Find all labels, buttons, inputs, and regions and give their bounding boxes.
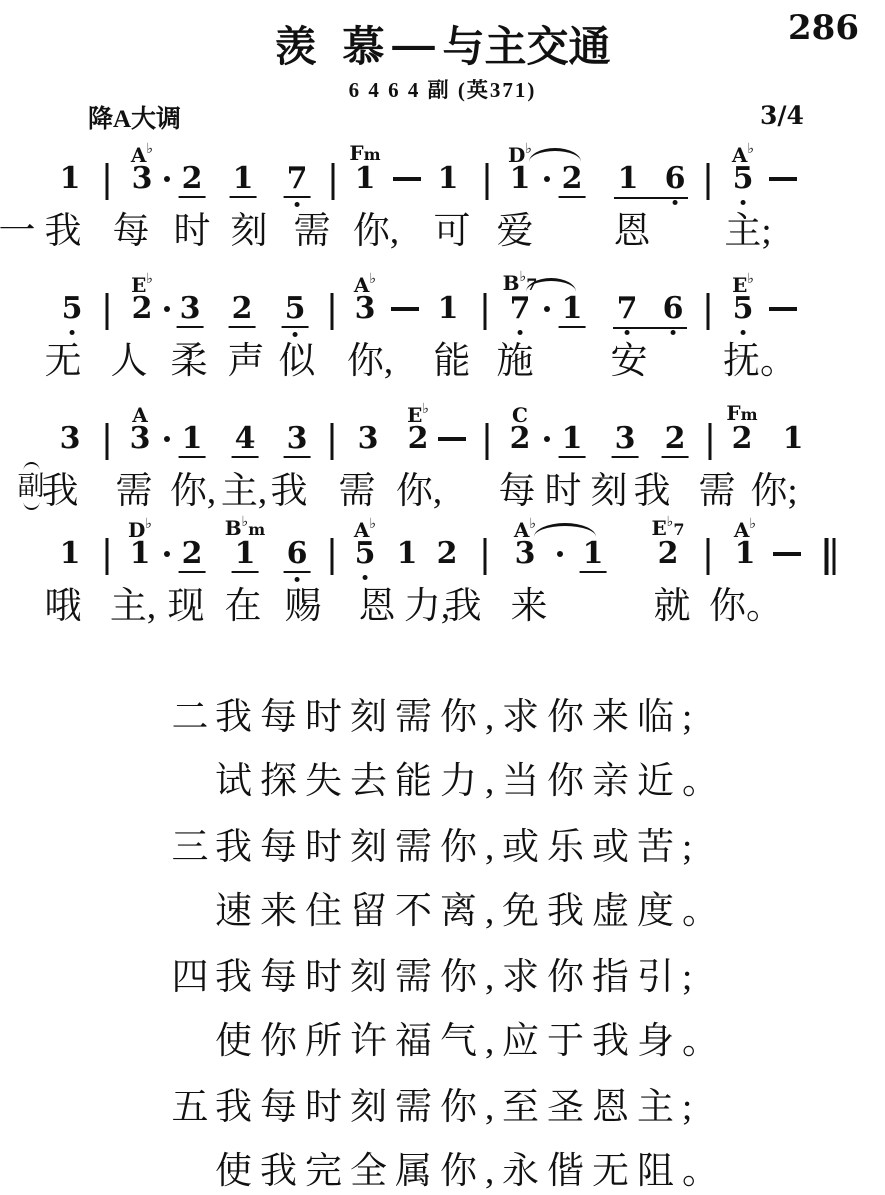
verse-number: 五: [172, 1087, 209, 1129]
augmentation-dot: [544, 306, 550, 312]
verse-number: 二: [172, 697, 209, 739]
title-category-char2: 慕: [342, 14, 384, 74]
lyric-syllable: 你,: [170, 472, 216, 512]
lyric-syllable: 我: [42, 472, 79, 512]
sustain-dash: [438, 437, 466, 441]
note: E♭5: [730, 292, 757, 335]
music-system: 5E♭2325A♭31B♭77176E♭5无人柔声似你,能施安抚。: [0, 266, 885, 396]
chord-label: E♭7: [652, 512, 685, 540]
music-system: 1A♭3217Fm11D♭1216A♭5一我每时刻需你,可爱恩主;: [0, 136, 885, 266]
lyric-syllable: 我: [634, 472, 671, 512]
note: 2: [179, 537, 206, 573]
slur-arc: [534, 523, 596, 537]
note: 3: [284, 422, 311, 458]
title-category-char1: 羡: [274, 14, 316, 74]
low-octave-dot: [293, 332, 298, 337]
note-digit: 2: [129, 292, 156, 326]
key-signature: 降A大调: [88, 99, 181, 135]
lyric-syllable: 时: [174, 212, 211, 252]
note: 3: [355, 422, 382, 456]
lyric-syllable: 需: [116, 472, 153, 512]
lyric-syllable: 需: [339, 472, 376, 512]
note-digit: 1: [127, 537, 154, 571]
note-digit: 1: [559, 422, 586, 458]
barline: [106, 293, 109, 330]
lyric-syllable: 赐: [285, 587, 322, 627]
sustain-dash: [391, 307, 419, 311]
note-digit: 2: [507, 422, 534, 456]
lyric-syllable: 我: [45, 212, 82, 252]
note-digit: 1: [780, 422, 807, 456]
note-digit: 1: [394, 537, 421, 571]
lyric-syllable: 现: [168, 587, 205, 627]
note-digit: 5: [282, 292, 309, 328]
lyric-syllable: 每: [499, 472, 536, 512]
barline: [707, 163, 710, 200]
note: 3: [177, 292, 204, 328]
chord-label: D♭: [128, 514, 152, 540]
refrain-char: 副: [18, 470, 45, 502]
low-octave-dot: [363, 575, 368, 580]
note: A♭3: [512, 537, 539, 571]
hymn-sheet-page: 286 羡 慕 — 与主交通 6 4 6 4 副 (英371) 降A大调 3/4…: [0, 0, 885, 1195]
chord-label: A♭: [354, 269, 376, 295]
barline: [331, 423, 334, 460]
note: 1: [57, 162, 84, 196]
lyric-syllable: 主,: [221, 472, 267, 512]
note: 2: [662, 422, 689, 458]
note-digit: 7: [614, 292, 641, 326]
note: A♭5: [352, 537, 379, 580]
lyric-syllable: 无: [45, 342, 82, 382]
note-digit: 6: [284, 537, 311, 573]
note: 2: [229, 292, 256, 328]
note: B♭m1: [232, 537, 259, 573]
verse-line: 三我每时刻需你,或乐或苦;: [0, 827, 885, 877]
note-digit: 3: [127, 422, 154, 456]
note-digit: 3: [512, 537, 539, 571]
lyric-syllable: 抚。: [723, 342, 797, 382]
note: 1: [179, 422, 206, 458]
chord-label: C: [512, 405, 528, 425]
note-digit: 2: [434, 537, 461, 571]
lyric-syllable: 你。: [709, 587, 783, 627]
barline: [484, 538, 487, 575]
sustain-dash: [393, 177, 421, 181]
note: 4: [232, 422, 259, 458]
augmentation-dot: [164, 551, 170, 557]
augmentation-dot: [544, 436, 550, 442]
lyric-syllable: 哦: [45, 587, 82, 627]
verse-line: 四我每时刻需你,求你指引;: [0, 957, 885, 1007]
augmentation-dot: [164, 176, 170, 182]
title-dash: —: [393, 10, 435, 77]
verse-line: 使你所许福气,应于我身。: [0, 1021, 885, 1071]
verse-text-left: 我每时刻需你,: [215, 1087, 502, 1129]
note-digit: 1: [615, 162, 642, 196]
note: 1: [559, 292, 586, 328]
bracket-top: [23, 462, 39, 470]
verse-text-right: 永偕无阻。: [502, 1151, 727, 1193]
verse-text-right: 免我虚度。: [502, 891, 727, 933]
note: 7: [284, 162, 311, 207]
hymn-title: 羡 慕 — 与主交通: [0, 14, 885, 74]
slur-arc: [529, 148, 581, 162]
note: C2: [507, 422, 534, 456]
note-digit: 3: [177, 292, 204, 328]
lyric-syllable: 似: [279, 342, 316, 382]
title-section: 与主交通: [443, 14, 611, 74]
note-digit: 1: [580, 537, 607, 573]
note-digit: 2: [179, 162, 206, 198]
chord-label: E♭: [407, 399, 429, 425]
note: 1: [230, 162, 257, 198]
note: 1: [435, 292, 462, 326]
chord-label: A: [132, 405, 148, 425]
note-digit: 1: [232, 537, 259, 573]
augmentation-dot: [544, 176, 550, 182]
verse-number: 四: [172, 957, 209, 999]
lyric-syllable: 人: [111, 342, 148, 382]
note: 6: [284, 537, 311, 582]
chord-label: Fm: [349, 143, 380, 165]
note: 1: [580, 537, 607, 573]
verse-number: 三: [172, 827, 209, 869]
verse-text-left: 我每时刻需你,: [215, 827, 502, 869]
lyric-syllable: 可: [434, 212, 471, 252]
note-digit: 2: [662, 422, 689, 458]
note-digit: 7: [284, 162, 311, 198]
shared-underline: [614, 197, 688, 200]
note-digit: 1: [507, 162, 534, 196]
refrain-marker: 副: [18, 462, 45, 510]
verse-text-right: 求你来临;: [502, 697, 700, 739]
note-digit: 2: [179, 537, 206, 573]
note-digit: 3: [284, 422, 311, 458]
barline: [331, 293, 334, 330]
lyric-syllable: 你,: [396, 472, 442, 512]
lyric-syllable: 爱: [497, 212, 534, 252]
lyric-syllable: 在: [225, 587, 262, 627]
note-digit: 1: [559, 292, 586, 328]
lyric-syllable: 力,: [404, 587, 450, 627]
lyric-syllable: 就: [654, 587, 691, 627]
lyric-syllable: 你;: [750, 472, 797, 512]
note: 5: [59, 292, 86, 335]
note-digit: 3: [57, 422, 84, 456]
verse-line: 试探失去能力,当你亲近。: [0, 761, 885, 811]
low-octave-dot: [518, 330, 523, 335]
final-barline: [825, 538, 836, 575]
note: D♭1: [127, 537, 154, 571]
verse-text-right: 至圣恩主;: [502, 1087, 700, 1129]
note: E♭72: [655, 537, 682, 571]
note: A♭1: [732, 537, 759, 571]
note-digit: 1: [57, 537, 84, 571]
time-signature: 3/4: [760, 101, 804, 130]
barline: [331, 538, 334, 575]
verse-line: 速来住留不离,免我虚度。: [0, 891, 885, 941]
augmentation-dot: [557, 551, 563, 557]
lyric-syllable: 需: [699, 472, 736, 512]
chord-label: A♭: [514, 514, 536, 540]
lyric-syllable: 一: [0, 212, 36, 252]
lyric-syllable: 恩: [614, 212, 651, 252]
verse-text-left: 使我完全属你,: [215, 1151, 502, 1193]
note-digit: 2: [655, 537, 682, 571]
shared-underline: [613, 327, 687, 330]
lyric-syllable: 施: [497, 342, 534, 382]
note: 5: [282, 292, 309, 337]
low-octave-dot: [741, 330, 746, 335]
note: 2: [179, 162, 206, 198]
note: A♭3: [129, 162, 156, 196]
sustain-dash: [773, 552, 801, 556]
note-digit: 1: [435, 162, 462, 196]
note-digit: 1: [57, 162, 84, 196]
verse-text-left: 我每时刻需你,: [215, 697, 502, 739]
note: E♭2: [405, 422, 432, 456]
note-digit: 1: [179, 422, 206, 458]
low-octave-dot: [671, 330, 676, 335]
note: 1: [780, 422, 807, 456]
note-digit: 6: [662, 162, 689, 196]
lyric-syllable: 你,: [353, 212, 399, 252]
note-digit: 5: [352, 537, 379, 571]
barline: [332, 163, 335, 200]
note-digit: 2: [729, 422, 756, 456]
lyric-syllable: 恩: [359, 587, 396, 627]
chord-label: E♭: [131, 269, 153, 295]
note: 1: [394, 537, 421, 571]
note: 2: [559, 162, 586, 198]
low-octave-dot: [673, 200, 678, 205]
chord-label: E♭: [732, 269, 754, 295]
verse-text-left: 试探失去能力,: [215, 761, 502, 803]
sustain-dash: [769, 177, 797, 181]
chord-label: Fm: [726, 403, 757, 425]
barline: [707, 293, 710, 330]
verse-text-left: 我每时刻需你,: [215, 957, 502, 999]
note-digit: 6: [660, 292, 687, 326]
augmentation-dot: [164, 306, 170, 312]
note-digit: 4: [232, 422, 259, 458]
lyric-syllable: 刻: [591, 472, 628, 512]
note-digit: 1: [352, 162, 379, 196]
verse-line: 五我每时刻需你,至圣恩主;: [0, 1087, 885, 1137]
note-digit: 5: [730, 162, 757, 196]
verse-text-left: 使你所许福气,: [215, 1021, 502, 1063]
lyric-syllable: 我: [271, 472, 308, 512]
music-system: 1D♭12B♭m16A♭512A♭31E♭72A♭1哦主,现在赐恩力,我来就你。: [0, 511, 885, 641]
lyric-syllable: 每: [113, 212, 150, 252]
lyric-syllable: 你,: [347, 342, 393, 382]
note: A3: [127, 422, 154, 456]
note-digit: 2: [405, 422, 432, 456]
note: Fm1: [352, 162, 379, 196]
note-digit: 7: [507, 292, 534, 326]
note-digit: 3: [612, 422, 639, 458]
barline: [106, 538, 109, 575]
chord-label: A♭: [732, 139, 754, 165]
lyric-syllable: 时: [545, 472, 582, 512]
note: B♭77: [507, 292, 534, 335]
lyric-syllable: 主,: [110, 587, 156, 627]
verse-line: 二我每时刻需你,求你来临;: [0, 697, 885, 747]
music-system: 3A31433E♭2C2132Fm21副我需你,主,我需你,每时刻我需你;: [0, 396, 885, 526]
note: 1: [435, 162, 462, 196]
low-octave-dot: [625, 330, 630, 335]
note: 1: [57, 537, 84, 571]
note: A♭5: [730, 162, 757, 205]
note: A♭3: [352, 292, 379, 326]
verse-text-right: 当你亲近。: [502, 761, 727, 803]
note-digit: 1: [732, 537, 759, 571]
bracket-bottom: [23, 502, 39, 510]
note: D♭1: [507, 162, 534, 196]
low-octave-dot: [295, 202, 300, 207]
note: 3: [612, 422, 639, 458]
note: 3: [57, 422, 84, 456]
note-digit: 2: [229, 292, 256, 328]
note-digit: 5: [730, 292, 757, 326]
low-octave-dot: [70, 330, 75, 335]
chord-label: A♭: [131, 139, 153, 165]
barline: [484, 293, 487, 330]
low-octave-dot: [295, 577, 300, 582]
lyric-syllable: 需: [294, 212, 331, 252]
note: 1: [615, 162, 642, 196]
barline: [486, 163, 489, 200]
barline: [106, 423, 109, 460]
lyric-syllable: 柔: [171, 342, 208, 382]
lyric-syllable: 能: [434, 342, 471, 382]
lyric-syllable: 安: [611, 342, 648, 382]
chord-label: A♭: [354, 514, 376, 540]
note-digit: 1: [435, 292, 462, 326]
note-digit: 3: [355, 422, 382, 456]
note: E♭2: [129, 292, 156, 326]
note-digit: 1: [230, 162, 257, 198]
augmentation-dot: [164, 436, 170, 442]
note: Fm2: [729, 422, 756, 456]
note-digit: 2: [559, 162, 586, 198]
note: 1: [559, 422, 586, 458]
lyric-syllable: 刻: [231, 212, 268, 252]
verse-text-right: 或乐或苦;: [502, 827, 700, 869]
lyric-syllable: 我: [445, 587, 482, 627]
verse-text-left: 速来住留不离,: [215, 891, 502, 933]
lyric-syllable: 来: [511, 587, 548, 627]
low-octave-dot: [741, 200, 746, 205]
chord-label: B♭m: [225, 512, 265, 540]
barline: [486, 423, 489, 460]
verse-line: 使我完全属你,永偕无阻。: [0, 1151, 885, 1195]
note: 2: [434, 537, 461, 571]
lyric-syllable: 主;: [724, 212, 771, 252]
chord-label: A♭: [734, 514, 756, 540]
barline: [707, 538, 710, 575]
verse-text-right: 应于我身。: [502, 1021, 727, 1063]
note-digit: 3: [129, 162, 156, 196]
sustain-dash: [769, 307, 797, 311]
barline: [709, 423, 712, 460]
note-digit: 5: [59, 292, 86, 326]
note-digit: 3: [352, 292, 379, 326]
barline: [106, 163, 109, 200]
lyric-syllable: 声: [228, 342, 265, 382]
verse-text-right: 求你指引;: [502, 957, 700, 999]
